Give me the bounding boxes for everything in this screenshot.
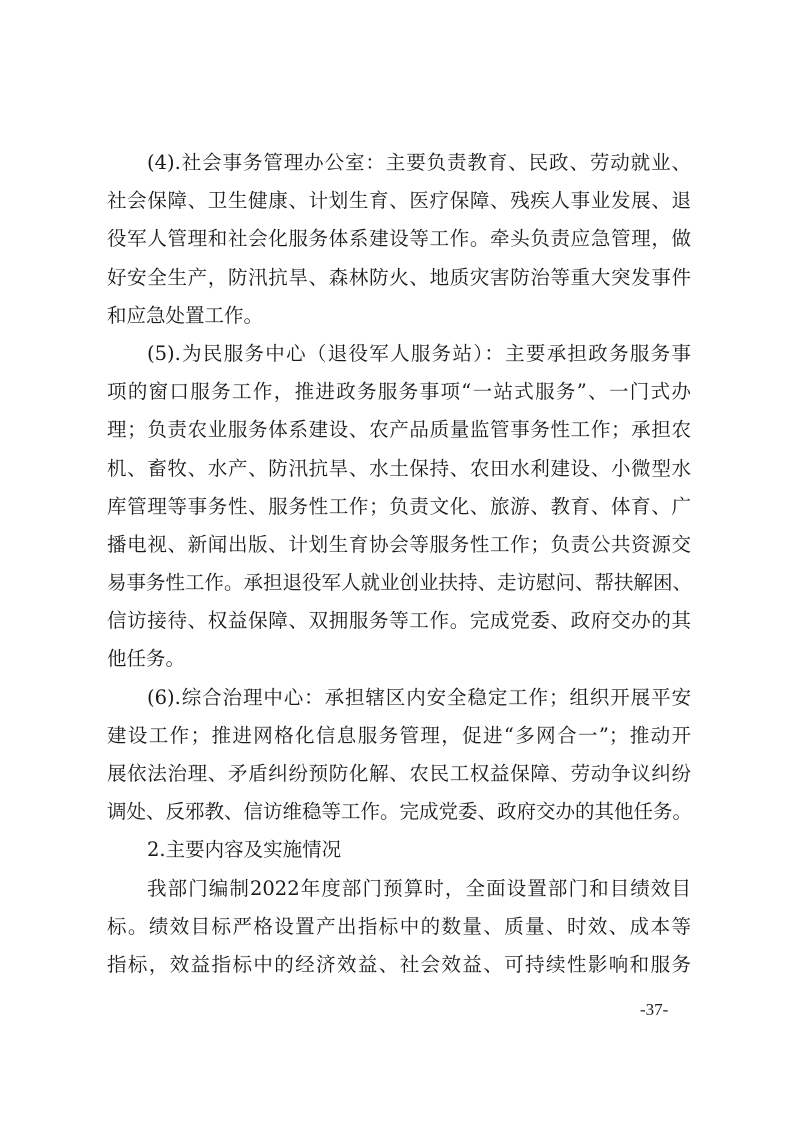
text-line: 库管理等事务性、服务性工作；负责文化、旅游、教育、体育、广 [107,488,691,526]
text-line: 理；负责农业服务体系建设、农产品质量监管事务性工作；承担农 [107,411,691,449]
document-page: (4).社会事务管理办公室：主要负责教育、民政、劳动就业、 社会保障、卫生健康、… [0,0,793,1122]
text-line: 播电视、新闻出版、计划生育协会等服务性工作；负责公共资源交 [107,526,691,564]
text-line: 机、畜牧、水产、防汛抗旱、水土保持、农田水利建设、小微型水 [107,450,691,488]
text-line: 展依法治理、矛盾纠纷预防化解、农民工权益保障、劳动争议纠纷 [107,755,691,793]
text-line: (5).为民服务中心（退役军人服务站）：主要承担政务服务事 [107,335,691,373]
text-line: 易事务性工作。承担退役军人就业创业扶持、走访慰问、帮扶解困、 [107,564,691,602]
text-line: 标。绩效目标严格设置产出指标中的数量、质量、时效、成本等 [107,908,691,946]
body-text: (4).社会事务管理办公室：主要负责教育、民政、劳动就业、 社会保障、卫生健康、… [107,144,691,984]
text-line: 指标，效益指标中的经济效益、社会效益、可持续性影响和服务 [107,946,691,984]
page-number: -37- [640,1000,668,1020]
text-line: 好安全生产，防汛抗旱、森林防火、地质灾害防治等重大突发事件 [107,259,691,297]
text-line: 我部门编制2022年度部门预算时，全面设置部门和目绩效目 [107,870,691,908]
text-line: (4).社会事务管理办公室：主要负责教育、民政、劳动就业、 [107,144,691,182]
text-line: 和应急处置工作。 [107,297,691,335]
text-line: 调处、反邪教、信访维稳等工作。完成党委、政府交办的其他任务。 [107,793,691,831]
text-line: 项的窗口服务工作，推进政务服务事项“一站式服务”、一门式办 [107,373,691,411]
text-line: 社会保障、卫生健康、计划生育、医疗保障、残疾人事业发展、退 [107,182,691,220]
text-line: 他任务。 [107,640,691,678]
text-line: (6).综合治理中心：承担辖区内安全稳定工作；组织开展平安 [107,679,691,717]
section-heading: 2.主要内容及实施情况 [107,831,691,869]
text-line: 建设工作；推进网格化信息服务管理，促进“多网合一”；推动开 [107,717,691,755]
text-line: 役军人管理和社会化服务体系建设等工作。牵头负责应急管理，做 [107,220,691,258]
text-line: 信访接待、权益保障、双拥服务等工作。完成党委、政府交办的其 [107,602,691,640]
